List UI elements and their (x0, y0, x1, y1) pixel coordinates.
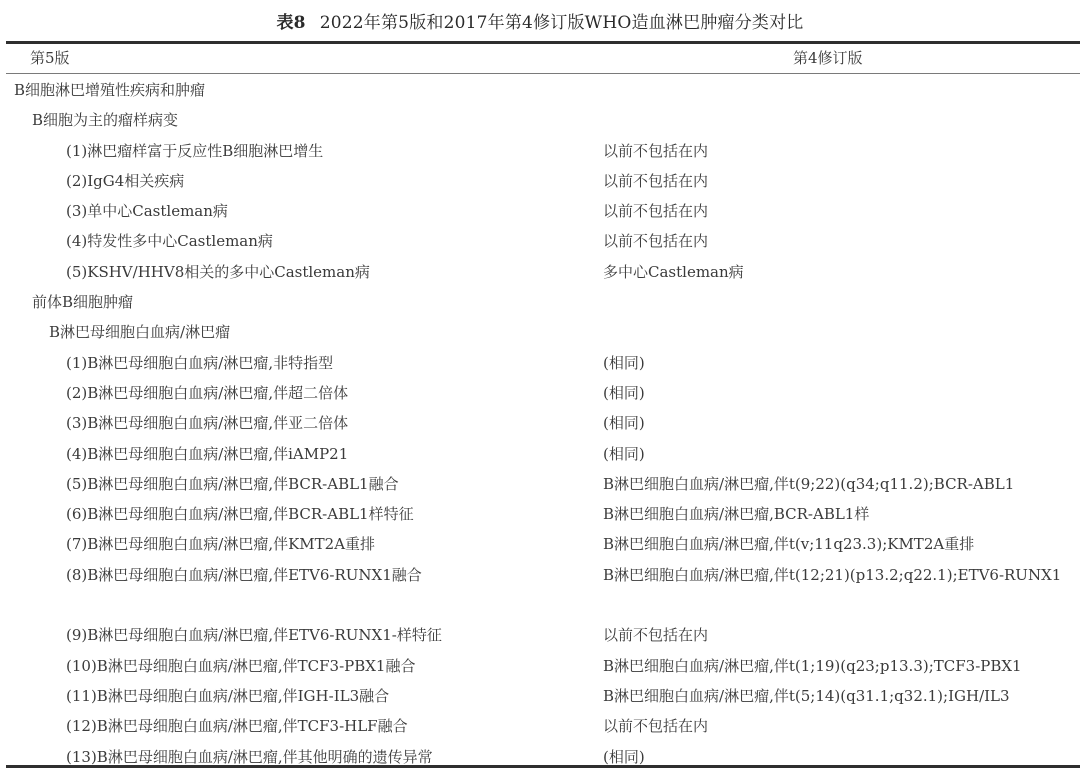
row-5th-edition: (1)淋巴瘤样富于反应性B细胞淋巴增生 (66, 136, 323, 166)
table-body: B细胞淋巴增殖性疾病和肿瘤 B细胞为主的瘤样病变 (1)淋巴瘤样富于反应性B细胞… (0, 75, 1080, 772)
table-row: (1)B淋巴母细胞白血病/淋巴瘤,非特指型(相同) (0, 348, 1080, 378)
row-5th-edition: (5)KSHV/HHV8相关的多中心Castleman病 (66, 257, 370, 287)
table-row: B细胞为主的瘤样病变 (0, 105, 1080, 135)
row-4th-revised: (相同) (603, 439, 1073, 469)
row-5th-edition: (10)B淋巴母细胞白血病/淋巴瘤,伴TCF3-PBX1融合 (66, 651, 415, 681)
row-4th-revised: 以前不包括在内 (603, 711, 1073, 741)
row-4th-revised: B淋巴细胞白血病/淋巴瘤,伴t(9;22)(q34;q11.2);BCR-ABL… (603, 469, 1073, 499)
row-5th-edition: (2)B淋巴母细胞白血病/淋巴瘤,伴超二倍体 (66, 378, 348, 408)
row-5th-edition: (3)B淋巴母细胞白血病/淋巴瘤,伴亚二倍体 (66, 408, 348, 438)
row-5th-edition: (8)B淋巴母细胞白血病/淋巴瘤,伴ETV6-RUNX1融合 (66, 560, 422, 590)
row-5th-edition: (5)B淋巴母细胞白血病/淋巴瘤,伴BCR-ABL1融合 (66, 469, 399, 499)
table-row: B淋巴母细胞白血病/淋巴瘤 (0, 317, 1080, 347)
row-4th-revised: 以前不包括在内 (603, 620, 1073, 650)
table-row: (8)B淋巴母细胞白血病/淋巴瘤,伴ETV6-RUNX1融合B淋巴细胞白血病/淋… (0, 560, 1080, 621)
row-4th-revised: 以前不包括在内 (603, 196, 1073, 226)
table-row: (7)B淋巴母细胞白血病/淋巴瘤,伴KMT2A重排B淋巴细胞白血病/淋巴瘤,伴t… (0, 529, 1080, 559)
row-4th-revised: 以前不包括在内 (603, 226, 1073, 256)
table-row: (12)B淋巴母细胞白血病/淋巴瘤,伴TCF3-HLF融合以前不包括在内 (0, 711, 1080, 741)
column-header-4th-revised: 第4修订版 (793, 47, 863, 68)
table-row: (3)B淋巴母细胞白血病/淋巴瘤,伴亚二倍体(相同) (0, 408, 1080, 438)
table-row: 前体B细胞肿瘤 (0, 287, 1080, 317)
row-5th-edition: B细胞淋巴增殖性疾病和肿瘤 (14, 75, 205, 105)
row-5th-edition: (7)B淋巴母细胞白血病/淋巴瘤,伴KMT2A重排 (66, 529, 375, 559)
row-5th-edition: B淋巴母细胞白血病/淋巴瘤 (49, 317, 230, 347)
table-title: 2022年第5版和2017年第4修订版WHO造血淋巴肿瘤分类对比 (320, 13, 804, 33)
table-row: (2)B淋巴母细胞白血病/淋巴瘤,伴超二倍体(相同) (0, 378, 1080, 408)
row-5th-edition: (2)IgG4相关疾病 (66, 166, 184, 196)
row-5th-edition: B细胞为主的瘤样病变 (32, 105, 178, 135)
row-4th-revised: B淋巴细胞白血病/淋巴瘤,伴t(12;21)(p13.2;q22.1);ETV6… (603, 560, 1073, 590)
table-row: (2)IgG4相关疾病以前不包括在内 (0, 166, 1080, 196)
row-5th-edition: (6)B淋巴母细胞白血病/淋巴瘤,伴BCR-ABL1样特征 (66, 499, 414, 529)
column-header-5th-edition: 第5版 (30, 47, 70, 68)
row-4th-revised: B淋巴细胞白血病/淋巴瘤,伴t(5;14)(q31.1;q32.1);IGH/I… (603, 681, 1073, 711)
header-rule (6, 73, 1080, 74)
table-row: (3)单中心Castleman病以前不包括在内 (0, 196, 1080, 226)
row-5th-edition: (12)B淋巴母细胞白血病/淋巴瘤,伴TCF3-HLF融合 (66, 711, 408, 741)
table-row: (5)B淋巴母细胞白血病/淋巴瘤,伴BCR-ABL1融合B淋巴细胞白血病/淋巴瘤… (0, 469, 1080, 499)
row-4th-revised: 多中心Castleman病 (603, 257, 1073, 287)
table-row: B细胞淋巴增殖性疾病和肿瘤 (0, 75, 1080, 105)
table-number: 表8 (276, 13, 305, 33)
row-5th-edition: (11)B淋巴母细胞白血病/淋巴瘤,伴IGH-IL3融合 (66, 681, 389, 711)
row-4th-revised: 以前不包括在内 (603, 166, 1073, 196)
table-row: (6)B淋巴母细胞白血病/淋巴瘤,伴BCR-ABL1样特征B淋巴细胞白血病/淋巴… (0, 499, 1080, 529)
row-4th-revised: (相同) (603, 378, 1073, 408)
row-4th-revised: B淋巴细胞白血病/淋巴瘤,伴t(1;19)(q23;p13.3);TCF3-PB… (603, 651, 1073, 681)
row-4th-revised: B淋巴细胞白血病/淋巴瘤,伴t(v;11q23.3);KMT2A重排 (603, 529, 1073, 559)
top-rule (6, 41, 1080, 44)
table-row: (4)B淋巴母细胞白血病/淋巴瘤,伴iAMP21(相同) (0, 439, 1080, 469)
bottom-rule (6, 765, 1080, 768)
row-4th-revised: (相同) (603, 408, 1073, 438)
row-4th-revised: B淋巴细胞白血病/淋巴瘤,BCR-ABL1样 (603, 499, 1073, 529)
table-row: (1)淋巴瘤样富于反应性B细胞淋巴增生以前不包括在内 (0, 136, 1080, 166)
row-4th-revised: 以前不包括在内 (603, 136, 1073, 166)
table-row: (10)B淋巴母细胞白血病/淋巴瘤,伴TCF3-PBX1融合B淋巴细胞白血病/淋… (0, 651, 1080, 681)
row-5th-edition: (1)B淋巴母细胞白血病/淋巴瘤,非特指型 (66, 348, 333, 378)
row-5th-edition: (4)B淋巴母细胞白血病/淋巴瘤,伴iAMP21 (66, 439, 348, 469)
table-row: (11)B淋巴母细胞白血病/淋巴瘤,伴IGH-IL3融合B淋巴细胞白血病/淋巴瘤… (0, 681, 1080, 711)
row-5th-edition: (3)单中心Castleman病 (66, 196, 228, 226)
row-4th-revised: (相同) (603, 348, 1073, 378)
table-row: (9)B淋巴母细胞白血病/淋巴瘤,伴ETV6-RUNX1-样特征以前不包括在内 (0, 620, 1080, 650)
table-row: (4)特发性多中心Castleman病以前不包括在内 (0, 226, 1080, 256)
row-5th-edition: 前体B细胞肿瘤 (32, 287, 133, 317)
row-5th-edition: (4)特发性多中心Castleman病 (66, 226, 273, 256)
table-row: (5)KSHV/HHV8相关的多中心Castleman病多中心Castleman… (0, 257, 1080, 287)
table-caption: 表82022年第5版和2017年第4修订版WHO造血淋巴肿瘤分类对比 (0, 8, 1080, 33)
row-5th-edition: (9)B淋巴母细胞白血病/淋巴瘤,伴ETV6-RUNX1-样特征 (66, 620, 442, 650)
